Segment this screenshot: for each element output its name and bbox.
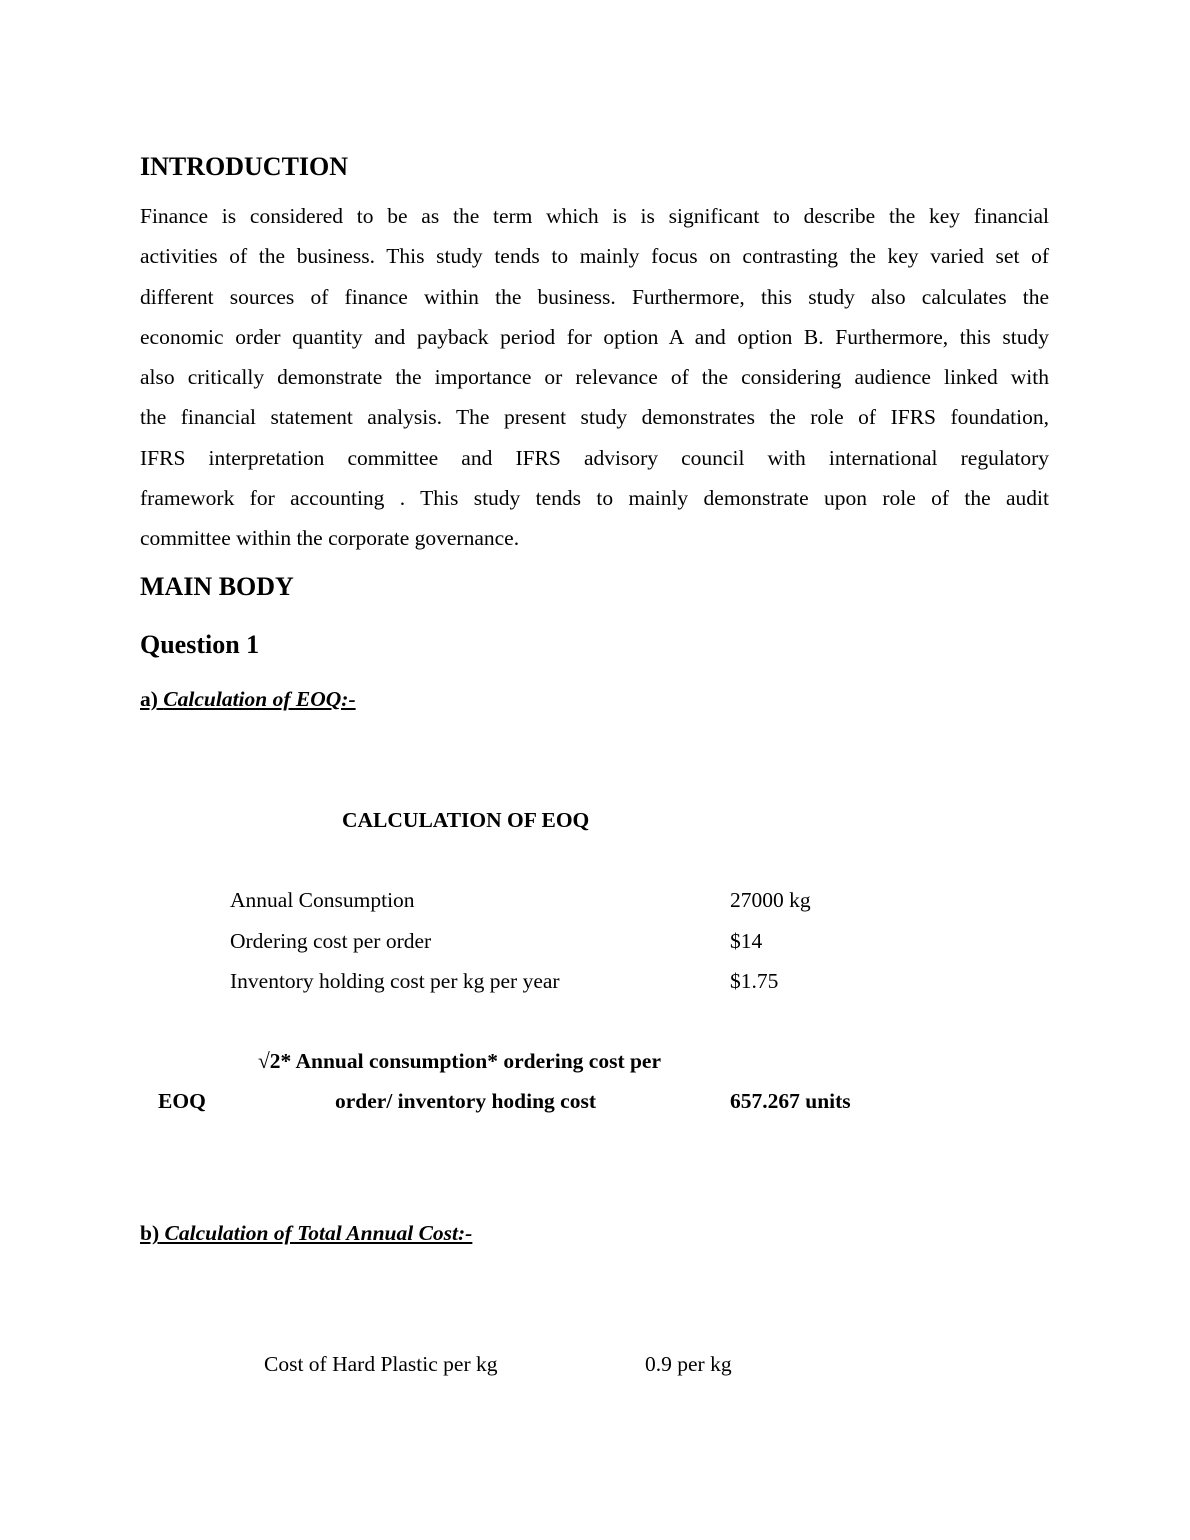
paragraph-line: economic order quantity and payback peri… — [140, 317, 1049, 357]
eoq-table-title: CALCULATION OF EOQ — [342, 808, 589, 833]
eoq-row-label: Ordering cost per order — [230, 929, 431, 954]
part-b-prefix: b) — [140, 1221, 159, 1245]
paragraph-line: also critically demonstrate the importan… — [140, 357, 1049, 397]
paragraph-line: IFRS interpretation committee and IFRS a… — [140, 438, 1049, 478]
introduction-paragraph: Finance is considered to be as the term … — [140, 196, 1049, 559]
eoq-row-value: $14 — [730, 929, 762, 954]
paragraph-line: Finance is considered to be as the term … — [140, 196, 1049, 236]
eoq-row-value: $1.75 — [730, 969, 778, 994]
paragraph-line: committee within the corporate governanc… — [140, 518, 1049, 558]
eoq-row-label: Annual Consumption — [230, 888, 415, 913]
eoq-formula-line-1: √2* Annual consumption* ordering cost pe… — [258, 1049, 661, 1074]
paragraph-line: different sources of finance within the … — [140, 277, 1049, 317]
paragraph-line: the financial statement analysis. The pr… — [140, 397, 1049, 437]
document-page: INTRODUCTION Finance is considered to be… — [0, 0, 1190, 1540]
part-a-prefix: a) — [140, 687, 158, 711]
part-b-heading: b) Calculation of Total Annual Cost:- — [140, 1221, 472, 1246]
part-b-title: Calculation of Total Annual Cost:- — [165, 1221, 473, 1245]
eoq-formula-line-2: order/ inventory hoding cost — [335, 1089, 596, 1114]
paragraph-line: framework for accounting . This study te… — [140, 478, 1049, 518]
part-a-title: Calculation of EOQ:- — [163, 687, 355, 711]
eoq-row-value: 27000 kg — [730, 888, 811, 913]
cost-row-label: Cost of Hard Plastic per kg — [264, 1352, 497, 1377]
introduction-heading: INTRODUCTION — [140, 152, 348, 182]
eoq-formula-label: EOQ — [158, 1089, 206, 1114]
cost-row-value: 0.9 per kg — [645, 1352, 732, 1377]
part-a-heading: a) Calculation of EOQ:- — [140, 687, 356, 712]
main-body-heading: MAIN BODY — [140, 572, 294, 602]
question-1-heading: Question 1 — [140, 630, 259, 660]
eoq-row-label: Inventory holding cost per kg per year — [230, 969, 560, 994]
eoq-result: 657.267 units — [730, 1089, 851, 1114]
paragraph-line: activities of the business. This study t… — [140, 236, 1049, 276]
